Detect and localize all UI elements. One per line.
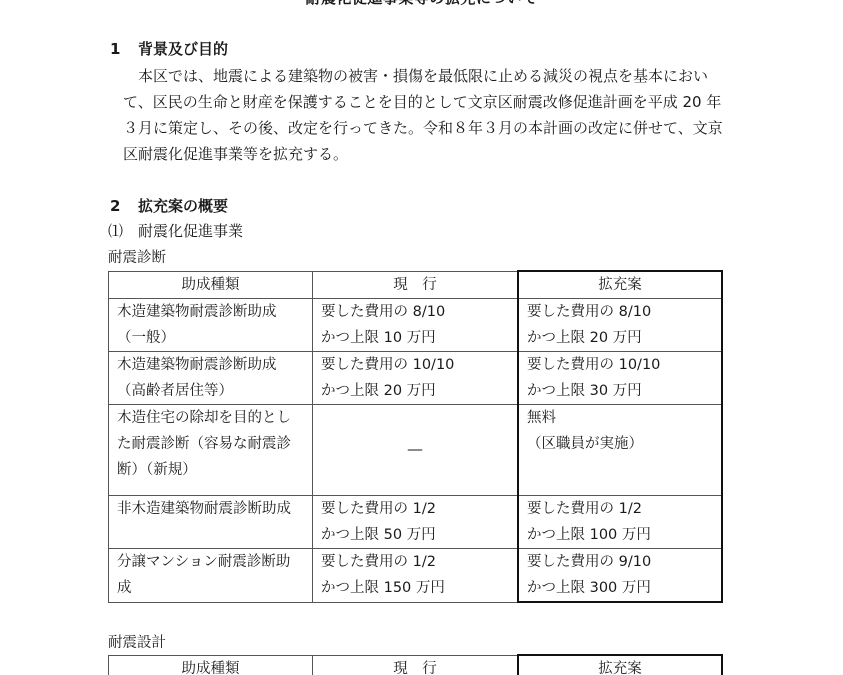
table-header-row: 助成種類 現 行 拡充案 bbox=[109, 271, 723, 299]
table-caption-design: 耐震設計 bbox=[108, 631, 166, 652]
header-current: 現 行 bbox=[313, 271, 519, 299]
table-caption-diagnosis: 耐震診断 bbox=[108, 246, 166, 267]
header-current: 現 行 bbox=[313, 655, 519, 675]
cell-proposed: 要した費用の 10/10かつ上限 30 万円 bbox=[518, 352, 722, 405]
cell-current: 要した費用の 1/2かつ上限 150 万円 bbox=[313, 549, 519, 603]
cell-current-none: ― bbox=[313, 405, 519, 496]
header-proposed: 拡充案 bbox=[518, 655, 722, 675]
cell-type: 木造建築物耐震診断助成（高齢者居住等） bbox=[109, 352, 313, 405]
section-1-body: 本区では、地震による建築物の被害・損傷を最低限に止める減災の視点を基本において、… bbox=[123, 63, 723, 167]
table-row: 分譲マンション耐震診断助成 要した費用の 1/2かつ上限 150 万円 要した費… bbox=[109, 549, 723, 603]
design-table: 助成種類 現 行 拡充案 bbox=[108, 654, 723, 675]
header-subsidy-type: 助成種類 bbox=[109, 271, 313, 299]
cell-type: 木造建築物耐震診断助成（一般） bbox=[109, 299, 313, 352]
header-proposed: 拡充案 bbox=[518, 271, 722, 299]
cell-proposed: 要した費用の 9/10かつ上限 300 万円 bbox=[518, 549, 722, 603]
header-subsidy-type: 助成種類 bbox=[109, 655, 313, 675]
cell-type: 非木造建築物耐震診断助成 bbox=[109, 496, 313, 549]
cell-proposed: 無料（区職員が実施） bbox=[518, 405, 722, 496]
cell-type: 分譲マンション耐震診断助成 bbox=[109, 549, 313, 603]
cell-current: 要した費用の 1/2かつ上限 50 万円 bbox=[313, 496, 519, 549]
cell-current: 要した費用の 8/10かつ上限 10 万円 bbox=[313, 299, 519, 352]
section-1-heading: 1背景及び目的 bbox=[110, 38, 228, 59]
cell-proposed: 要した費用の 1/2かつ上限 100 万円 bbox=[518, 496, 722, 549]
document-page: 耐震化促進事業等の拡充について 1背景及び目的 本区では、地震による建築物の被害… bbox=[0, 0, 843, 675]
table-row: 木造建築物耐震診断助成（高齢者居住等） 要した費用の 10/10かつ上限 20 … bbox=[109, 352, 723, 405]
section-number: 2 bbox=[110, 197, 138, 215]
subsection-heading: ⑴耐震化促進事業 bbox=[108, 220, 243, 241]
document-title: 耐震化促進事業等の拡充について bbox=[0, 0, 843, 8]
subsection-number: ⑴ bbox=[108, 220, 138, 241]
cell-proposed: 要した費用の 8/10かつ上限 20 万円 bbox=[518, 299, 722, 352]
cell-current: 要した費用の 10/10かつ上限 20 万円 bbox=[313, 352, 519, 405]
section-2-heading: 2拡充案の概要 bbox=[110, 195, 228, 216]
table-header-row: 助成種類 現 行 拡充案 bbox=[109, 655, 723, 675]
table-row: 非木造建築物耐震診断助成 要した費用の 1/2かつ上限 50 万円 要した費用の… bbox=[109, 496, 723, 549]
table-row: 木造建築物耐震診断助成（一般） 要した費用の 8/10かつ上限 10 万円 要し… bbox=[109, 299, 723, 352]
table-row: 木造住宅の除却を目的とした耐震診断（容易な耐震診断）（新規） ― 無料（区職員が… bbox=[109, 405, 723, 496]
diagnosis-table: 助成種類 現 行 拡充案 木造建築物耐震診断助成（一般） 要した費用の 8/10… bbox=[108, 270, 723, 603]
section-heading-text: 拡充案の概要 bbox=[138, 197, 228, 215]
section-heading-text: 背景及び目的 bbox=[138, 40, 228, 58]
cell-type: 木造住宅の除却を目的とした耐震診断（容易な耐震診断）（新規） bbox=[109, 405, 313, 496]
section-number: 1 bbox=[110, 40, 138, 58]
subsection-heading-text: 耐震化促進事業 bbox=[138, 222, 243, 240]
